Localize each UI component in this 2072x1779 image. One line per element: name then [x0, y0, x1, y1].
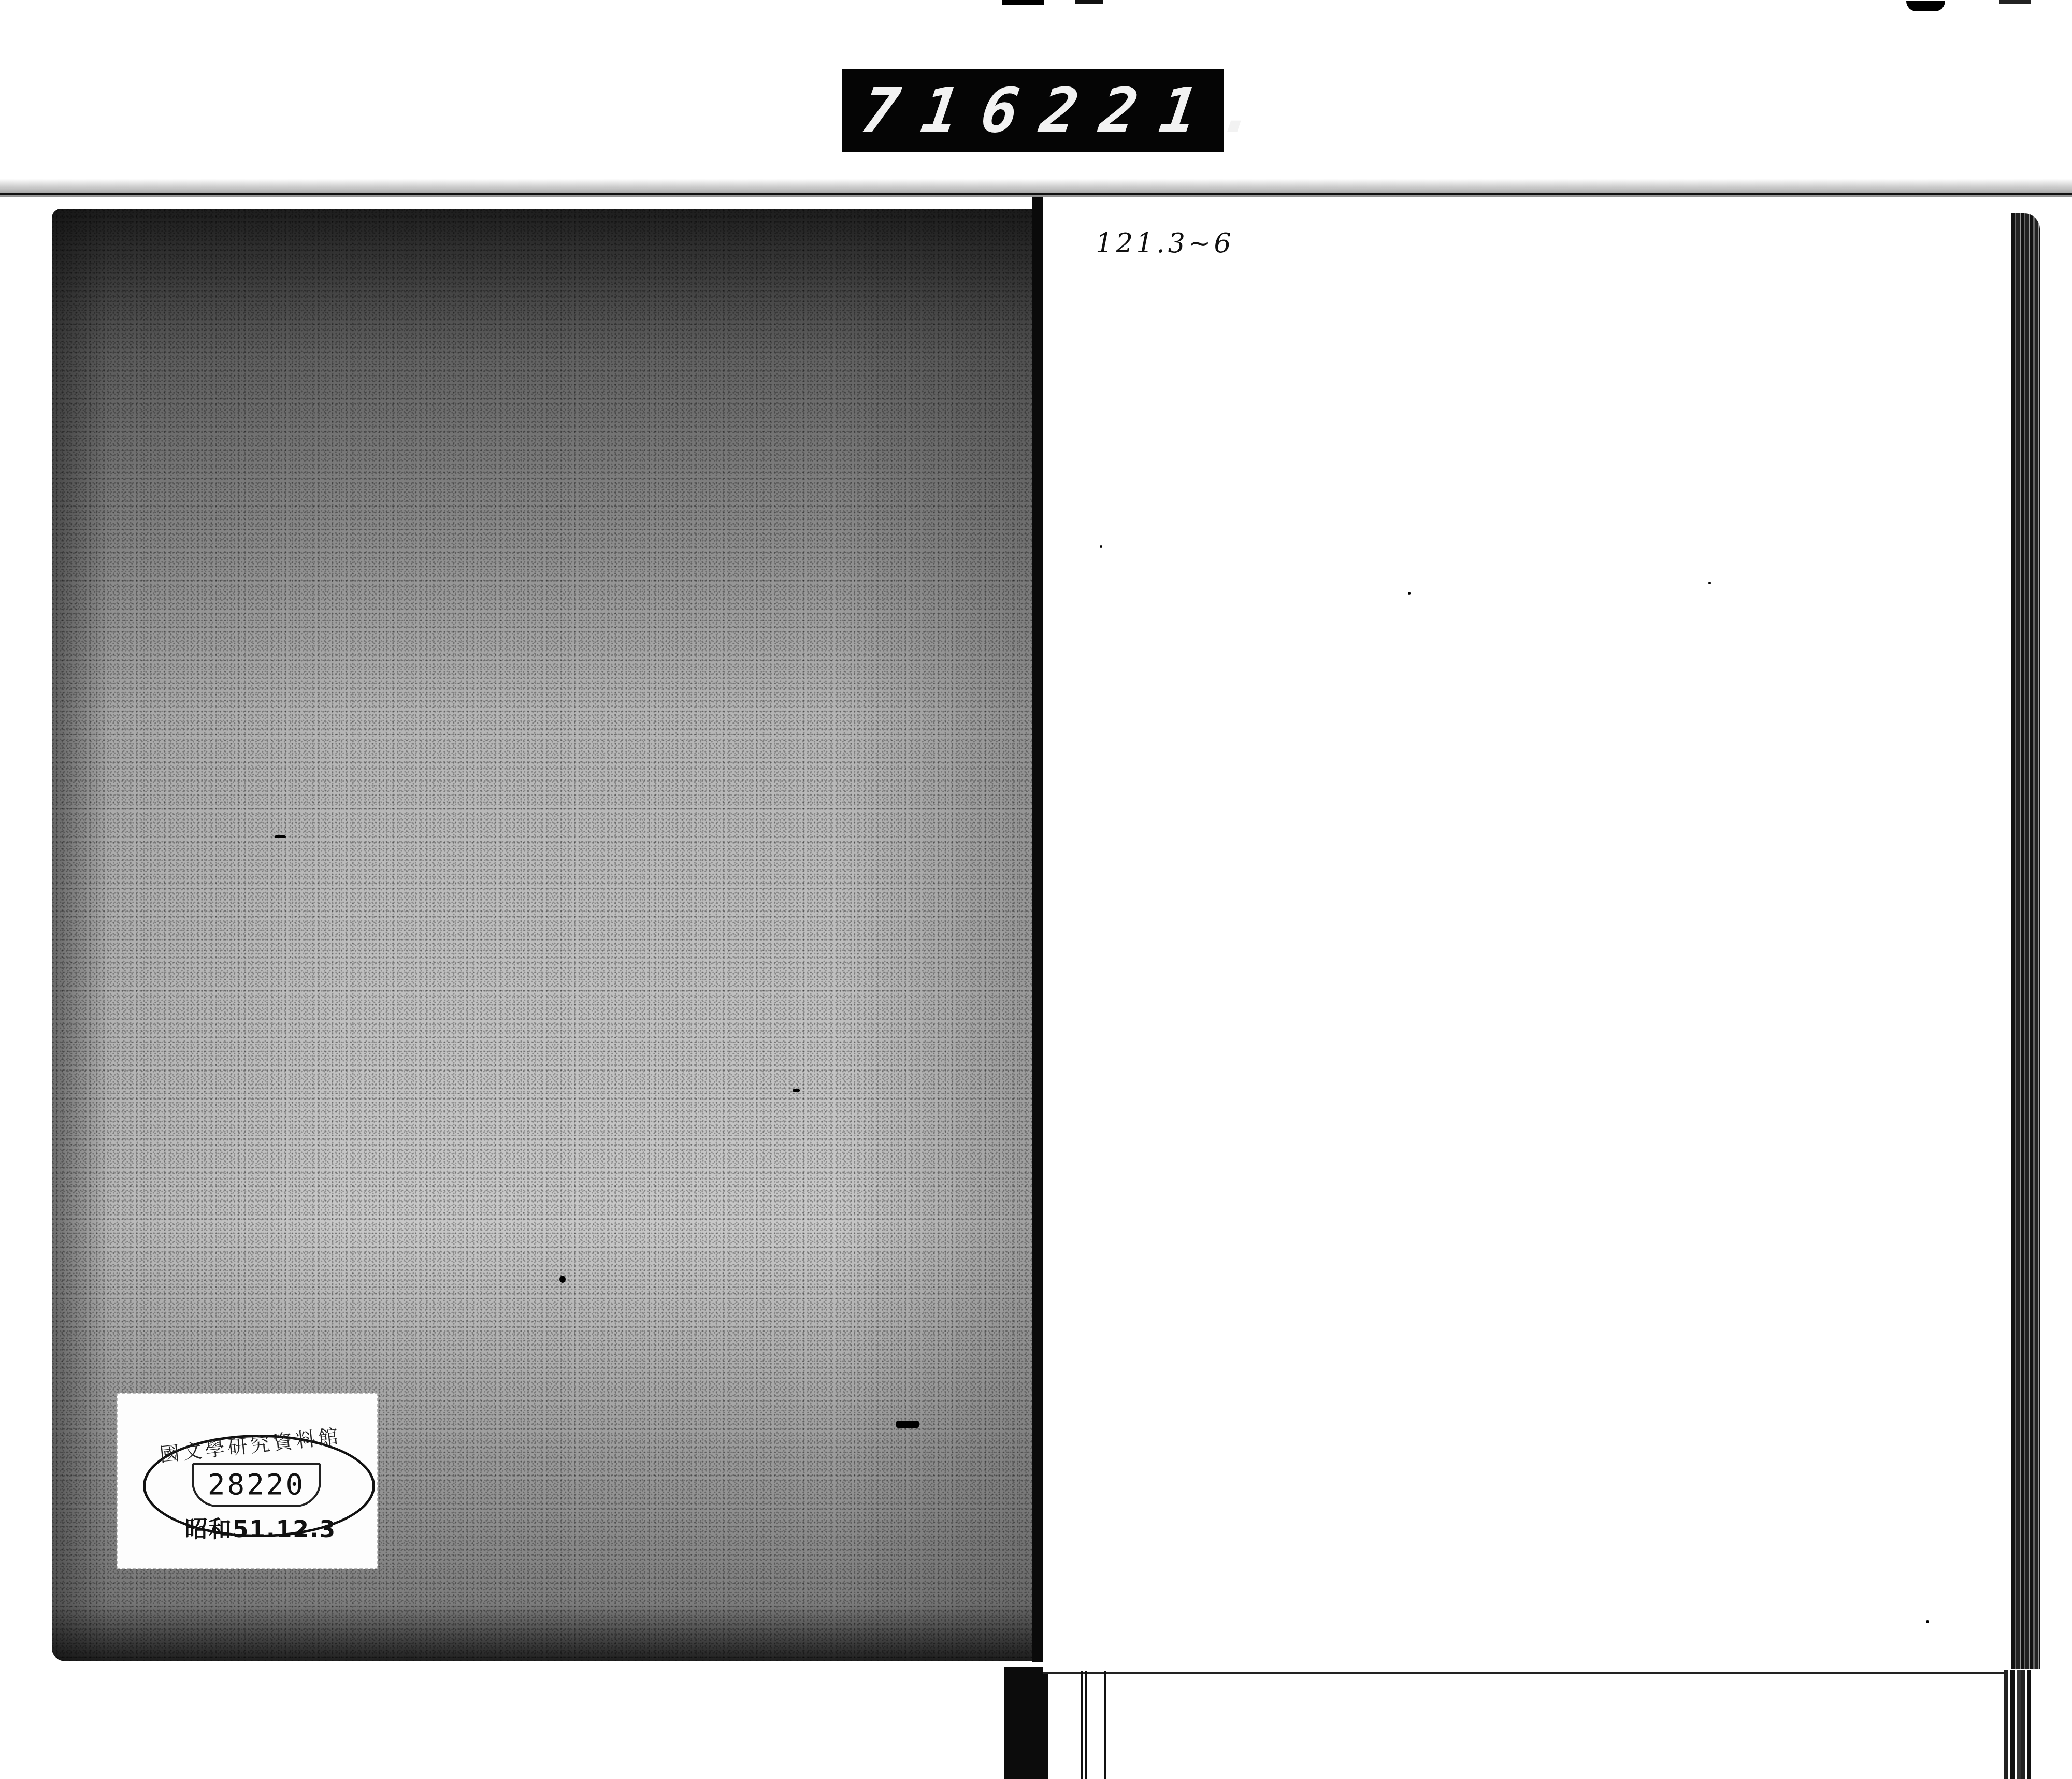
frame-counter-label: 716 221. [842, 69, 1224, 152]
stamp-number-box: 28220 [192, 1463, 321, 1507]
ink-spot [793, 1089, 800, 1092]
speck [1708, 582, 1711, 584]
accession-date: 昭和51.12.3 [175, 1511, 346, 1544]
accession-number: 28220 [208, 1468, 306, 1501]
scanner-bed-edge [0, 193, 2072, 195]
film-edge-mark [1002, 0, 1044, 5]
speck [1408, 592, 1411, 595]
book-spine-bottom [1004, 1667, 1048, 1779]
book-spine-gutter [1032, 197, 1043, 1662]
ink-spot [275, 835, 286, 838]
speck [1926, 1620, 1929, 1623]
ink-spot [896, 1421, 919, 1428]
film-edge-mark [1906, 1, 1945, 11]
frame-number: 221. [1036, 75, 1285, 146]
handwritten-call-number: 121.3~6 [1096, 228, 1234, 259]
leaf-edge-line [1081, 1671, 1083, 1779]
page-block-edge [2011, 213, 2040, 1669]
page-block-edge-bottom [2004, 1670, 2031, 1779]
ink-spot [559, 1276, 566, 1283]
leaf-edge-line [1104, 1671, 1106, 1779]
accession-stamp-card: 國文學研究資料館 28220 昭和51.12.3 [117, 1393, 378, 1569]
speck [1100, 545, 1102, 548]
reel-number: 716 [857, 75, 1046, 146]
leaf-edge-line [1085, 1671, 1087, 1779]
right-page-flyleaf [1043, 204, 2011, 1674]
film-edge-mark [1075, 0, 1103, 4]
film-edge-mark [1999, 0, 2031, 4]
